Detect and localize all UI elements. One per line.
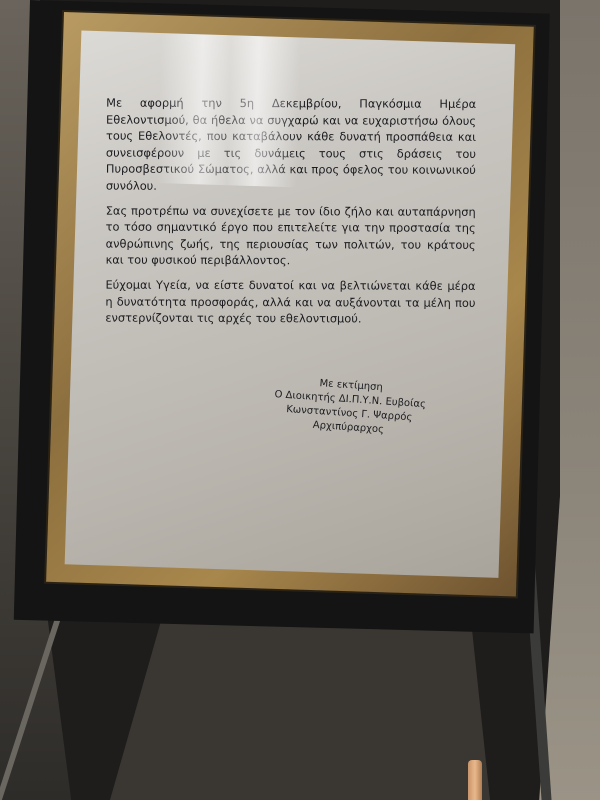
letter-paper: Με αφορμή την 5η Δεκεμβρίου, Παγκόσμια Η… — [65, 31, 516, 578]
signature-block: Με εκτίμηση Ο Διοικητής ΔΙ.Π.Υ.Ν. Ευβοία… — [238, 372, 461, 442]
letter-paragraph-2: Σας προτρέπω να συνεχίσετε με τον ίδιο ζ… — [106, 202, 476, 270]
letter-body: Με αφορμή την 5η Δεκεμβρίου, Παγκόσμια Η… — [105, 95, 476, 336]
wooden-stick — [468, 760, 482, 800]
picture-frame-gold: Με αφορμή την 5η Δεκεμβρίου, Παγκόσμια Η… — [46, 12, 534, 596]
letter-paragraph-1: Με αφορμή την 5η Δεκεμβρίου, Παγκόσμια Η… — [106, 95, 476, 196]
letter-paragraph-3: Εύχομαι Υγεία, να είστε δυνατοί και να β… — [105, 277, 475, 328]
